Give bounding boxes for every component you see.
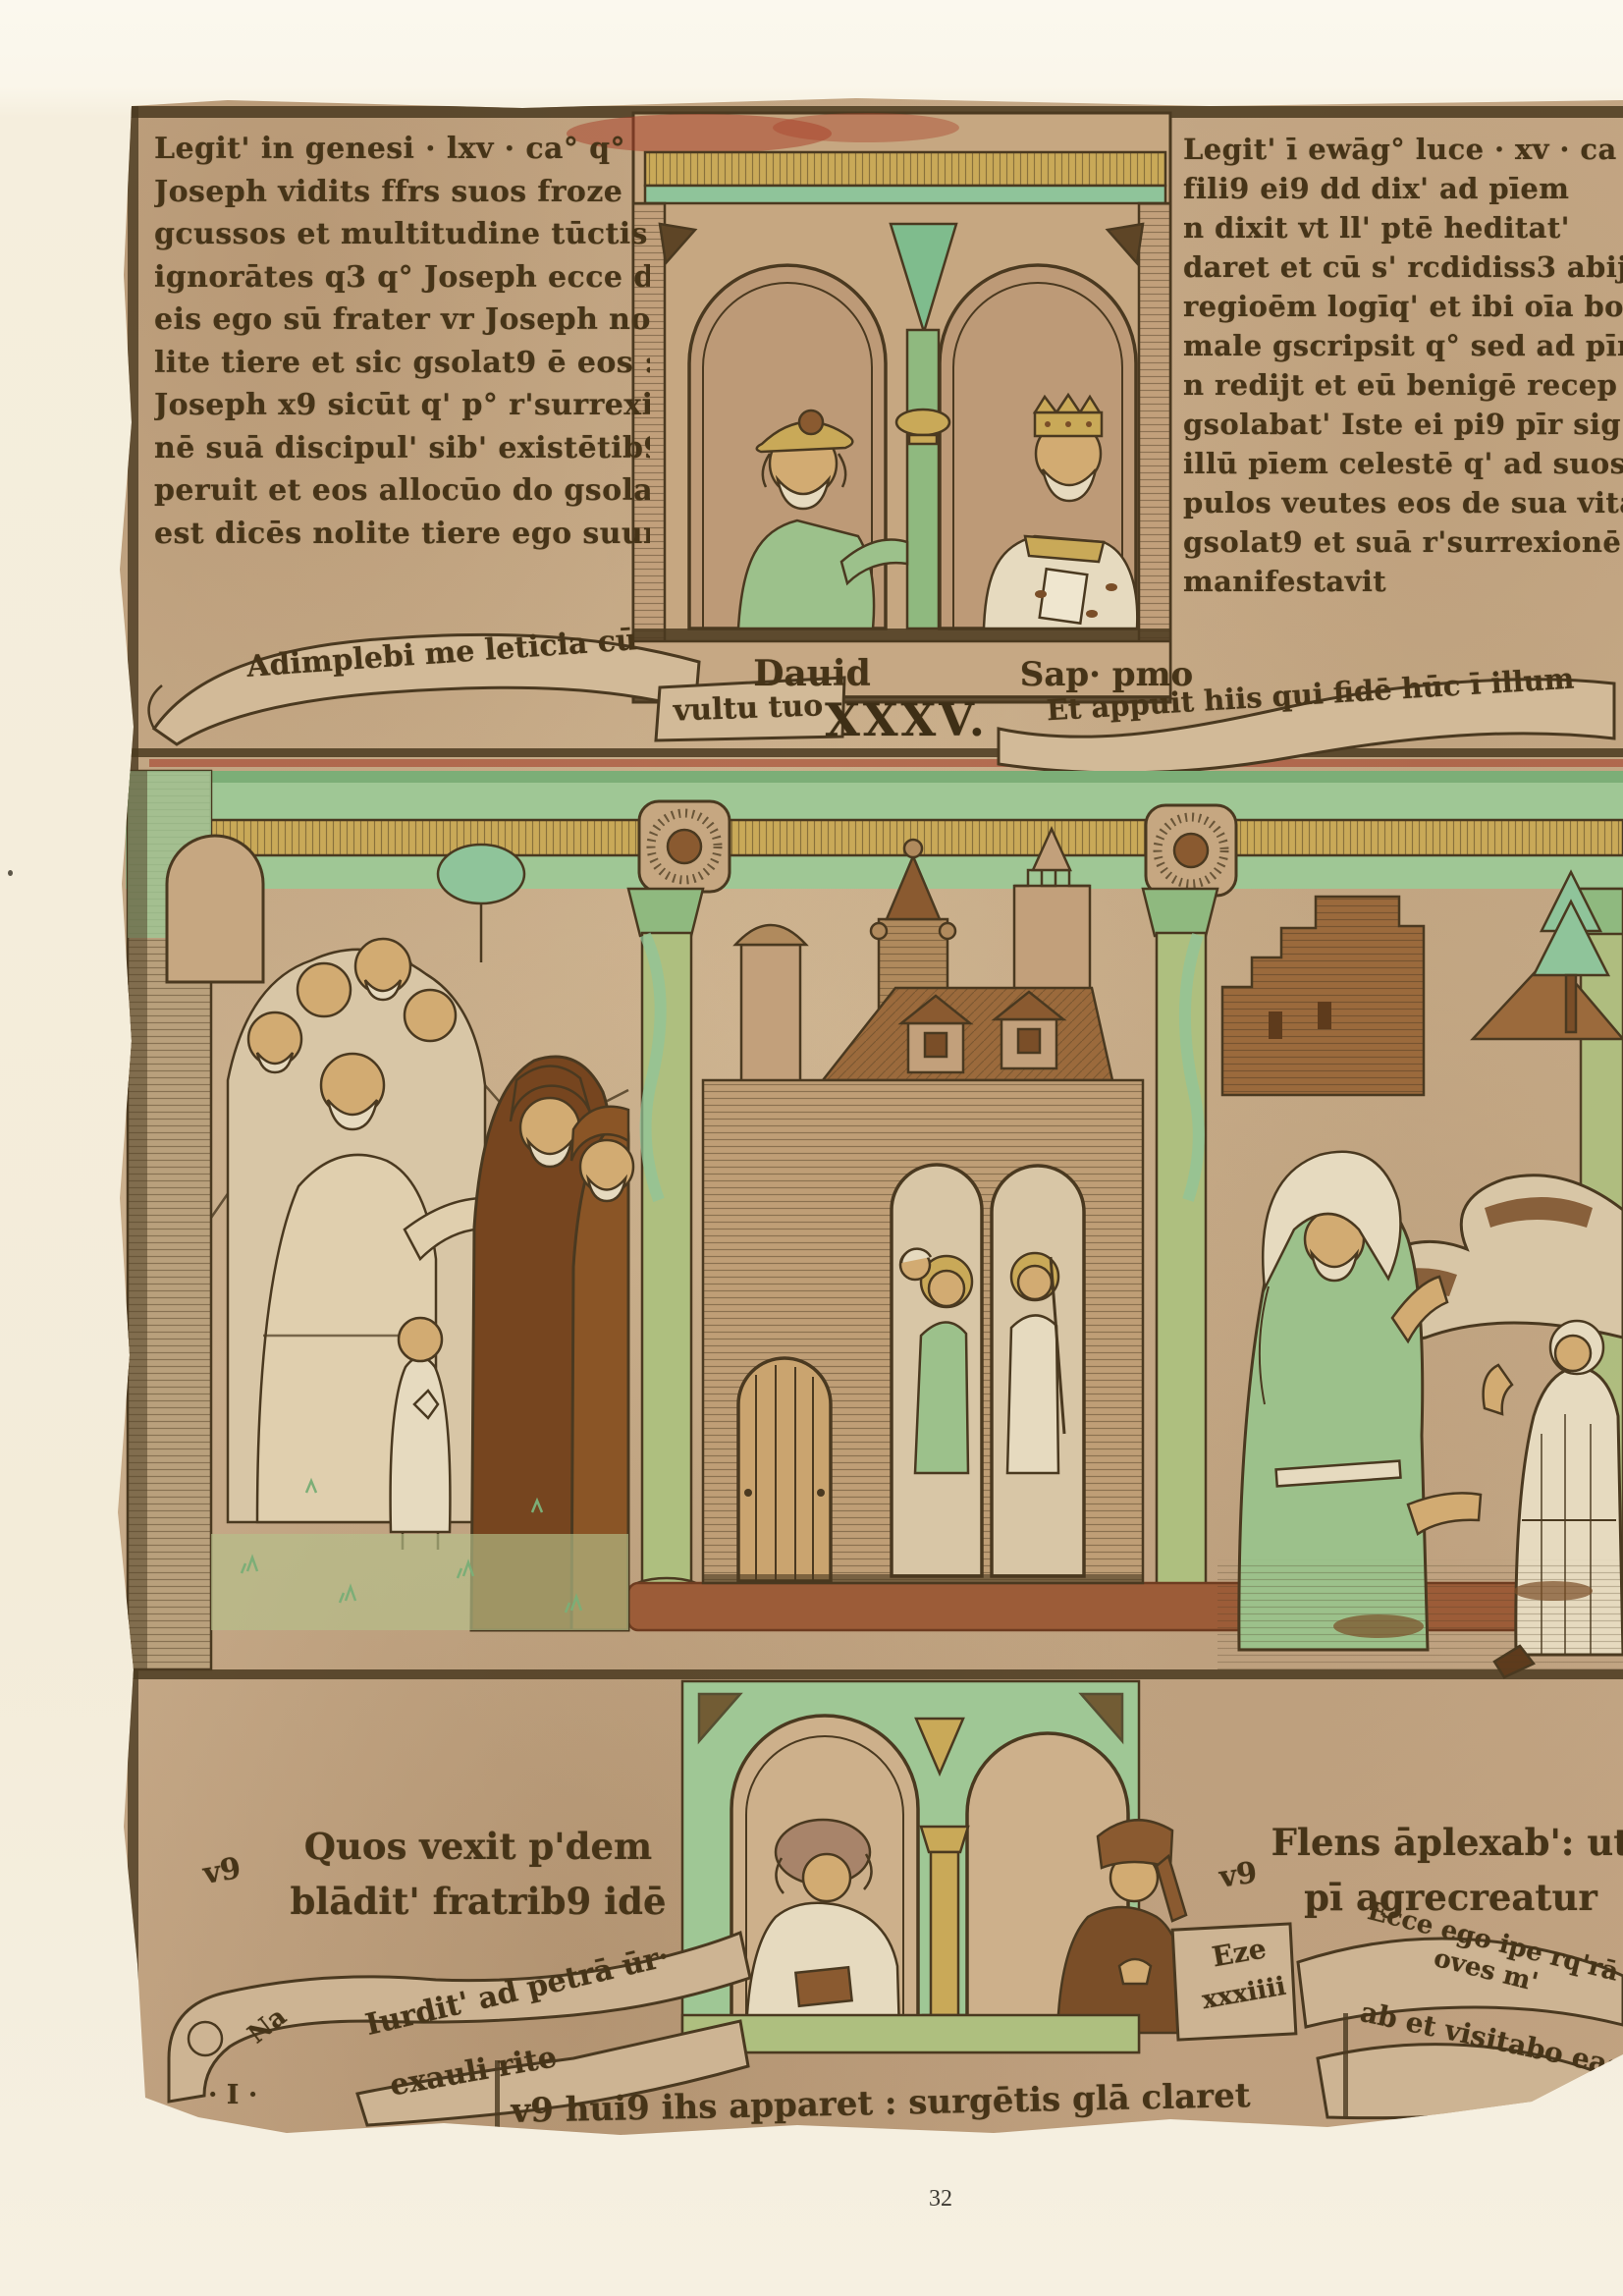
round-tree-icon bbox=[438, 845, 524, 962]
lesson-line: est dicēs nolite tiere ego suum bbox=[154, 513, 650, 556]
stray-ink-speck bbox=[8, 870, 13, 876]
turret-left bbox=[735, 925, 806, 1090]
page-number: 32 bbox=[929, 2186, 952, 2213]
book bbox=[795, 1967, 851, 2005]
gable-roof bbox=[823, 988, 1112, 1080]
lesson-line: peruit et eos allocūo do gsolat9 bbox=[154, 469, 650, 513]
lesson-line: illū pīem celestē q' ad suos bbox=[1183, 444, 1623, 483]
rosette-medallion-right bbox=[1146, 805, 1236, 896]
stepped-gable-house bbox=[1222, 897, 1424, 1095]
lesson-line: Joseph vidits ffrs suos froze bbox=[154, 171, 650, 214]
scene-center-city bbox=[703, 829, 1143, 1583]
bottom-prophet-niche bbox=[682, 1681, 1190, 2052]
scene-right-christ bbox=[1217, 872, 1623, 1677]
verse-line: blādit' fratrib9 idē bbox=[262, 1874, 694, 1929]
lesson-line: gsolat9 et suā r'surrexionē bbox=[1183, 522, 1623, 562]
frame-column-left bbox=[627, 889, 706, 1608]
plate-number-roman: XXXV. bbox=[823, 693, 990, 746]
verse-right-text: Flens āplexab': ut pī agrecreatur bbox=[1257, 1815, 1623, 1925]
album-page: Legit' in genesi · lxv · ca° q° Joseph v… bbox=[0, 0, 1623, 2296]
lesson-line: fili9 ei9 dd dix' ad pīem bbox=[1183, 169, 1623, 208]
lesson-line: male gscripsit q° sed ad pīm bbox=[1183, 326, 1623, 365]
rosette-medallion-left bbox=[639, 801, 730, 892]
lesson-right-text: Legit' ī ewāg° luce · xv · ca fili9 ei9 … bbox=[1183, 130, 1623, 601]
verse-left-mark: v9 bbox=[200, 1851, 243, 1891]
lesson-line: n dixit vt ll' ptē heditat' bbox=[1183, 208, 1623, 247]
gate-opening-right bbox=[992, 1166, 1084, 1576]
verse-line: Quos vexit p'dem bbox=[262, 1819, 694, 1874]
top-prophet-niche bbox=[567, 113, 1170, 702]
lesson-line: daret et cū s' rcdidiss3 abijt bbox=[1183, 247, 1623, 287]
scroll-left-mark: · I · bbox=[208, 2080, 257, 2110]
blockbook-plate: Legit' in genesi · lxv · ca° q° Joseph v… bbox=[110, 98, 1623, 2146]
raised-hand bbox=[1484, 1365, 1512, 1414]
lesson-line: Legit' in genesi · lxv · ca° q° bbox=[154, 128, 650, 171]
scene-left-brothers bbox=[211, 845, 633, 1630]
frame-column-right bbox=[1142, 889, 1220, 1621]
lesson-line: n redijt et eū benigē recep bbox=[1183, 365, 1623, 405]
lesson-line: ignorātes q3 q° Joseph ecce dix' bbox=[154, 256, 650, 300]
lesson-line: gcussos et multitudine tūctis bbox=[154, 213, 650, 256]
red-stain bbox=[773, 113, 959, 142]
lesson-line: pulos veutes eos de sua vita bbox=[1183, 483, 1623, 522]
lesson-line: regioēm logīq' et ibi oīa bona bbox=[1183, 287, 1623, 326]
city-gate-door bbox=[738, 1358, 831, 1581]
verse-right-mark: v9 bbox=[1217, 1856, 1260, 1895]
gate-opening-left bbox=[892, 1165, 982, 1576]
lesson-line: Joseph x9 sicūt q' p° r'surrexio bbox=[154, 384, 650, 427]
lesson-line: eis ego sū frater vr Joseph no: bbox=[154, 299, 650, 342]
verse-left-text: Quos vexit p'dem blādit' fratrib9 idē bbox=[262, 1819, 694, 1929]
verse-line: Flens āplexab': ut bbox=[1257, 1815, 1623, 1870]
lesson-line: manifestavit bbox=[1183, 562, 1623, 601]
lesson-left-text: Legit' in genesi · lxv · ca° q° Joseph v… bbox=[154, 128, 650, 555]
lesson-line: lite tiere et sic gsolat9 ē eos : bbox=[154, 342, 650, 385]
lesson-line: Legit' ī ewāg° luce · xv · ca bbox=[1183, 130, 1623, 169]
banner-top-left-tail: vultu tuo bbox=[664, 688, 832, 729]
lesson-line: gsolabat' Iste ei pi9 pīr sig' bbox=[1183, 405, 1623, 444]
lesson-line: nē suā discipul' sib' existētib9 ap bbox=[154, 427, 650, 470]
